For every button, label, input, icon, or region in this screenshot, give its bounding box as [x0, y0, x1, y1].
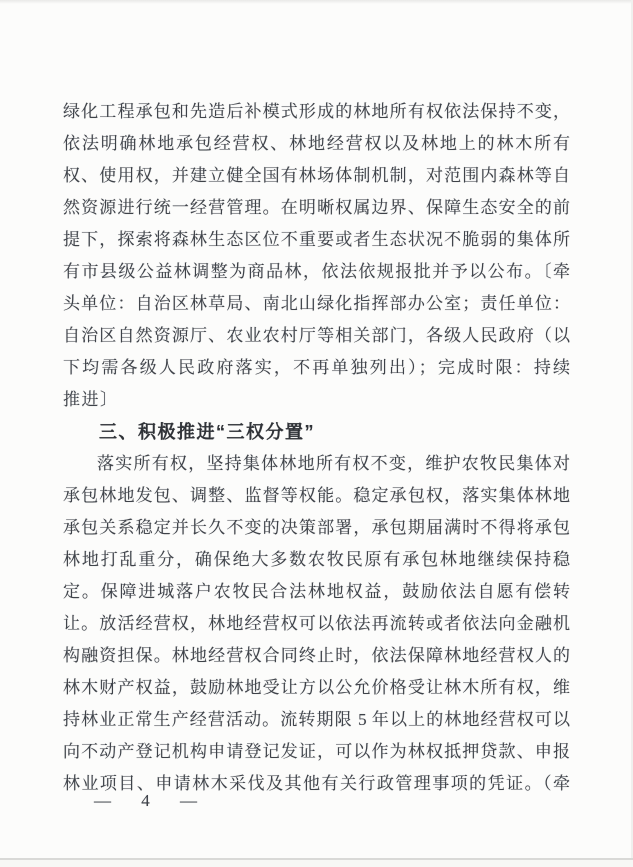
page-top-edge	[0, 0, 633, 4]
text-line: 构融资担保。林地经营权合同终止时，依法保障林地经营权人的	[63, 640, 570, 672]
text-line: 下均需各级人民政府落实，不再单独列出）；完成时限：持续	[63, 352, 570, 384]
text-line: 头单位：自治区林草局、南北山绿化指挥部办公室；责任单位：	[63, 288, 570, 320]
text-line: 承包关系稳定并长久不变的决策部署，承包期届满时不得将承包	[63, 512, 570, 544]
paragraph-three-rights: 落实所有权，坚持集体林地所有权不变，维护农牧民集体对 承包林地发包、调整、监督等…	[63, 448, 570, 800]
text-line: 让。放活经营权，林地经营权可以依法再流转或者依法向金融机	[63, 608, 570, 640]
paragraph-continued: 绿化工程承包和先造后补模式形成的林地所有权依法保持不变， 依法明确林地承包经营权…	[63, 96, 570, 416]
text-line: 落实所有权，坚持集体林地所有权不变，维护农牧民集体对	[63, 448, 570, 480]
text-line: 提下，探索将森林生态区位不重要或者生态状况不脆弱的集体所	[63, 224, 570, 256]
text-line: 承包林地发包、调整、监督等权能。稳定承包权，落实集体林地	[63, 480, 570, 512]
page-bottom-margin	[0, 860, 633, 867]
text-line: 向不动产登记机构申请登记发证，可以作为林权抵押贷款、申报	[63, 736, 570, 768]
text-line: 有市县级公益林调整为商品林，依法依规报批并予以公布。〔牵	[63, 256, 570, 288]
text-line: 绿化工程承包和先造后补模式形成的林地所有权依法保持不变，	[63, 96, 570, 128]
text-line: 然资源进行统一经营管理。在明晰权属边界、保障生态安全的前	[63, 192, 570, 224]
text-line: 林木财产权益，鼓励林地受让方以公允价格受让林木所有权，维	[63, 672, 570, 704]
text-line: 自治区自然资源厅、农业农村厅等相关部门，各级人民政府（以	[63, 320, 570, 352]
section-heading: 三、积极推进“三权分置”	[63, 416, 570, 448]
page-number: — 4 —	[94, 791, 201, 810]
text-line: 推进〕	[63, 384, 570, 416]
text-line: 权、使用权，并建立健全国有林场体制机制，对范围内森林等自	[63, 160, 570, 192]
document-page: 绿化工程承包和先造后补模式形成的林地所有权依法保持不变， 依法明确林地承包经营权…	[0, 0, 633, 867]
text-line: 持林业正常生产经营活动。流转期限 5 年以上的林地经营权可以	[63, 704, 570, 736]
page-footer: — 4 —	[94, 789, 201, 813]
text-line: 定。保障进城落户农牧民合法林地权益，鼓励依法自愿有偿转	[63, 576, 570, 608]
text-line: 依法明确林地承包经营权、林地经营权以及林地上的林木所有	[63, 128, 570, 160]
document-body: 绿化工程承包和先造后补模式形成的林地所有权依法保持不变， 依法明确林地承包经营权…	[63, 96, 570, 800]
text-line: 林地打乱重分，确保绝大多数农牧民原有承包林地继续保持稳	[63, 544, 570, 576]
